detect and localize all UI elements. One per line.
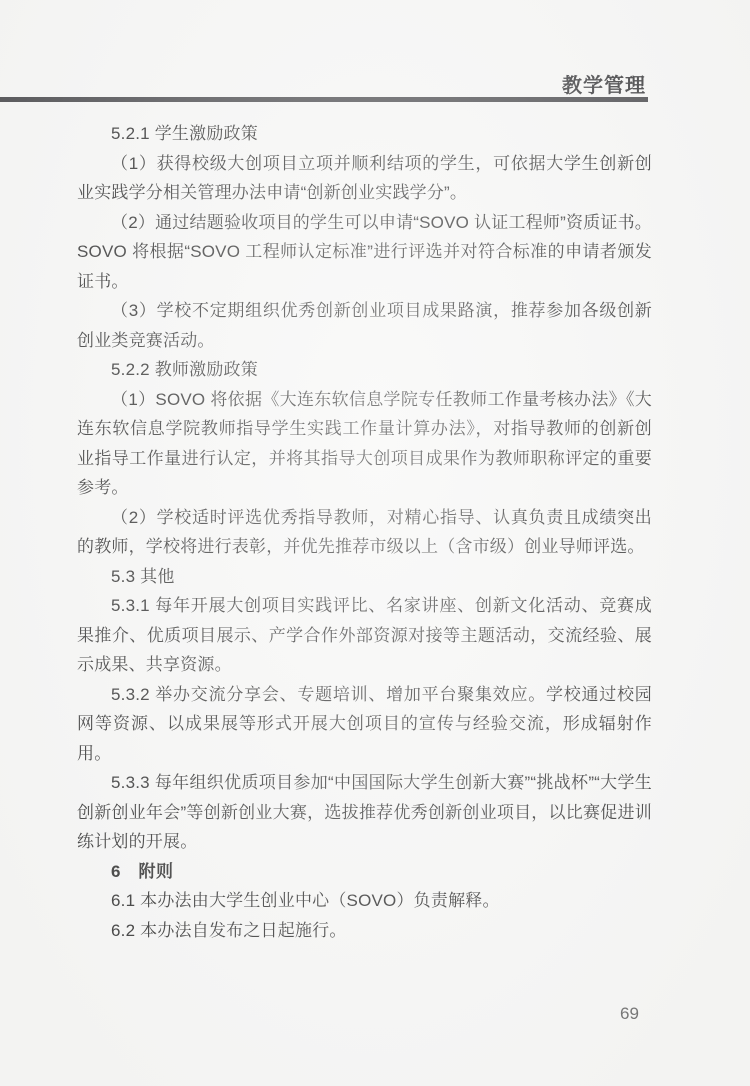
section-heading-6: 6 附则: [77, 857, 652, 887]
page-number: 69: [620, 1004, 639, 1024]
section-heading-521: 5.2.1 学生激励政策: [77, 119, 652, 149]
paragraph: 5.3.3 每年组织优质项目参加“中国国际大学生创新大赛”“挑战杯”“大学生创新…: [77, 768, 652, 857]
section-heading-53: 5.3 其他: [77, 562, 652, 592]
header-rule: [0, 97, 648, 102]
paragraph: （3）学校不定期组织优秀创新创业项目成果路演，推荐参加各级创新创业类竞赛活动。: [77, 296, 652, 355]
document-body: 5.2.1 学生激励政策 （1）获得校级大创项目立项并顺利结项的学生，可依据大学…: [77, 119, 652, 945]
paragraph: 6.1 本办法由大学生创业中心（SOVO）负责解释。: [77, 886, 652, 916]
section-heading-522: 5.2.2 教师激励政策: [77, 355, 652, 385]
paragraph: （1）获得校级大创项目立项并顺利结项的学生，可依据大学生创新创业实践学分相关管理…: [77, 149, 652, 208]
document-page: 教学管理 5.2.1 学生激励政策 （1）获得校级大创项目立项并顺利结项的学生，…: [0, 0, 750, 1086]
paragraph: 6.2 本办法自发布之日起施行。: [77, 916, 652, 946]
paragraph: （2）通过结题验收项目的学生可以申请“SOVO 认证工程师”资质证书。SOVO …: [77, 208, 652, 297]
paragraph: （1）SOVO 将依据《大连东软信息学院专任教师工作量考核办法》《大连东软信息学…: [77, 385, 652, 503]
paragraph: （2）学校适时评选优秀指导教师，对精心指导、认真负责且成绩突出的教师，学校将进行…: [77, 503, 652, 562]
page-header-title: 教学管理: [562, 69, 646, 98]
paragraph: 5.3.2 举办交流分享会、专题培训、增加平台聚集效应。学校通过校园网等资源、以…: [77, 680, 652, 769]
paragraph: 5.3.1 每年开展大创项目实践评比、名家讲座、创新文化活动、竞赛成果推介、优质…: [77, 591, 652, 680]
